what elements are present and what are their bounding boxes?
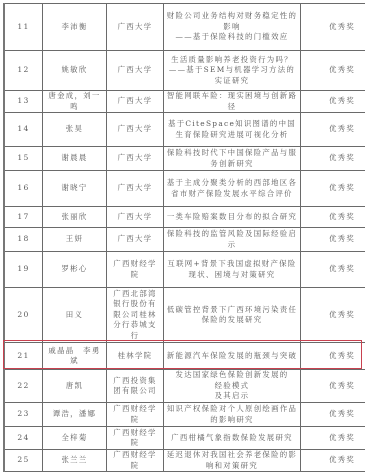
paper-title: 智能网联车险：现实困境与创新路径 xyxy=(164,91,301,113)
organization: 桂林学院 xyxy=(107,343,164,370)
organization: 广西大学 xyxy=(107,113,164,147)
author-name: 谭浩，潘娜 xyxy=(43,403,107,427)
paper-title: 保险科技的监管风险及国际经验启示 xyxy=(164,228,301,252)
paper-title-line: 生活质量影响养老投资行为吗？——基于SEM与机器学习方法的实证研究 xyxy=(166,55,298,87)
organization: 广西大学 xyxy=(107,4,164,51)
table-row: 23谭浩，潘娜广西财经学院知识产权保险对个人原创绘画作品的影响研究优秀奖 xyxy=(4,403,365,427)
row-number: 12 xyxy=(4,51,43,91)
row-number: 23 xyxy=(4,403,43,427)
table-row: 13唐金成，刘一鸣广西大学智能网联车险：现实困境与创新路径优秀奖 xyxy=(4,91,365,113)
paper-title: 基于CiteSpace知识图谱的中国生育保险研究进展可视化分析 xyxy=(164,113,301,147)
organization: 广西大学 xyxy=(107,91,164,113)
paper-title-line: 延迟退休对我国社会养老保险的影响和对策研究 xyxy=(166,450,298,471)
paper-title: 互联网+背景下我国虚拟财产保险现状、困境与对策研究 xyxy=(164,252,301,288)
paper-title-line: 经验模式 xyxy=(166,381,298,392)
paper-title-line: 财险公司业务结构对财务稳定性的影响 xyxy=(166,11,298,32)
award-level: 优秀奖 xyxy=(301,4,365,51)
paper-title-line: 低碳管控背景下广西环境污染责任保险的发展研究 xyxy=(166,305,298,326)
organization: 广西财经学院 xyxy=(107,403,164,427)
author-name: 谢晨晨 xyxy=(43,147,107,171)
row-number: 18 xyxy=(4,228,43,252)
paper-title: 广西柑橘气象指数保险发展研究 xyxy=(164,427,301,450)
paper-title: 一类车险赔案数目分布的拟合研究 xyxy=(164,207,301,228)
paper-title-line: ——基于保险科技的门槛效应 xyxy=(166,32,298,43)
paper-title-line: 新能源汽车保险发展的瓶颈与突破 xyxy=(166,351,298,362)
paper-title: 发达国家绿色保险创新发展的经验模式及其启示 xyxy=(164,370,301,403)
table-row: 24全梓菊广西财经学院广西柑橘气象指数保险发展研究优秀奖 xyxy=(4,427,365,450)
organization: 广西财经学院 xyxy=(107,450,164,472)
paper-title: 低碳管控背景下广西环境污染责任保险的发展研究 xyxy=(164,288,301,343)
paper-title: 生活质量影响养老投资行为吗？——基于SEM与机器学习方法的实证研究 xyxy=(164,51,301,91)
organization: 广西北部湾银行股份有限公司桂林分行恭城支行 xyxy=(107,288,164,343)
row-number: 25 xyxy=(4,450,43,472)
row-number: 20 xyxy=(4,288,43,343)
author-name: 田义 xyxy=(43,288,107,343)
author-name: 唐金成，刘一鸣 xyxy=(43,91,107,113)
organization: 广西大学 xyxy=(107,228,164,252)
awards-table-body: 11李沛衡广西大学财险公司业务结构对财务稳定性的影响——基于保险科技的门槛效应优… xyxy=(4,4,365,472)
row-number: 15 xyxy=(4,147,43,171)
organization: 广西大学 xyxy=(107,147,164,171)
row-number: 14 xyxy=(4,113,43,147)
row-number: 22 xyxy=(4,370,43,403)
table-row: 16谢晓宁广西大学基于主成分聚类分析的西部地区各省市财产保险发展水平综合评价优秀… xyxy=(4,171,365,207)
table-row: 11李沛衡广西大学财险公司业务结构对财务稳定性的影响——基于保险科技的门槛效应优… xyxy=(4,4,365,51)
award-level: 优秀奖 xyxy=(301,343,365,370)
paper-title-line: 互联网+背景下我国虚拟财产保险现状、困境与对策研究 xyxy=(166,259,298,280)
author-name: 罗彬心 xyxy=(43,252,107,288)
author-name: 李沛衡 xyxy=(43,4,107,51)
organization: 广西财经学院 xyxy=(107,252,164,288)
row-number: 21 xyxy=(4,343,43,370)
table-row-highlighted: 21戚晶晶 李勇斌桂林学院新能源汽车保险发展的瓶颈与突破优秀奖 xyxy=(4,343,365,370)
paper-title: 新能源汽车保险发展的瓶颈与突破 xyxy=(164,343,301,370)
table-row: 22唐凯广西投资集团有限公司发达国家绿色保险创新发展的经验模式及其启示优秀奖 xyxy=(4,370,365,403)
organization: 广西大学 xyxy=(107,51,164,91)
author-name: 姚敏欣 xyxy=(43,51,107,91)
award-level: 优秀奖 xyxy=(301,288,365,343)
paper-title-line: 发达国家绿色保险创新发展的 xyxy=(166,370,298,381)
paper-title-line: 广西柑橘气象指数保险发展研究 xyxy=(166,433,298,444)
award-level: 优秀奖 xyxy=(301,207,365,228)
row-number: 11 xyxy=(4,4,43,51)
paper-title-line: 一类车险赔案数目分布的拟合研究 xyxy=(166,212,298,223)
paper-title: 延迟退休对我国社会养老保险的影响和对策研究 xyxy=(164,450,301,472)
table-row: 18王妍广西大学保险科技的监管风险及国际经验启示优秀奖 xyxy=(4,228,365,252)
row-number: 13 xyxy=(4,91,43,113)
organization: 广西大学 xyxy=(107,207,164,228)
awards-table: 11李沛衡广西大学财险公司业务结构对财务稳定性的影响——基于保险科技的门槛效应优… xyxy=(3,3,365,472)
award-level: 优秀奖 xyxy=(301,147,365,171)
author-name: 全梓菊 xyxy=(43,427,107,450)
award-level: 优秀奖 xyxy=(301,228,365,252)
organization: 广西大学 xyxy=(107,171,164,207)
paper-title: 知识产权保险对个人原创绘画作品的影响研究 xyxy=(164,403,301,427)
row-number: 19 xyxy=(4,252,43,288)
author-name: 王妍 xyxy=(43,228,107,252)
paper-title-line: 保险科技的监管风险及国际经验启示 xyxy=(166,229,298,250)
author-name: 张丽欣 xyxy=(43,207,107,228)
table-row: 14张昊广西大学基于CiteSpace知识图谱的中国生育保险研究进展可视化分析优… xyxy=(4,113,365,147)
award-level: 优秀奖 xyxy=(301,171,365,207)
award-level: 优秀奖 xyxy=(301,450,365,472)
table-row: 12姚敏欣广西大学生活质量影响养老投资行为吗？——基于SEM与机器学习方法的实证… xyxy=(4,51,365,91)
row-number: 17 xyxy=(4,207,43,228)
paper-title-line: 基于CiteSpace知识图谱的中国生育保险研究进展可视化分析 xyxy=(166,119,298,140)
award-level: 优秀奖 xyxy=(301,91,365,113)
table-row: 19罗彬心广西财经学院互联网+背景下我国虚拟财产保险现状、困境与对策研究优秀奖 xyxy=(4,252,365,288)
paper-title-line: 保险科技时代下中国保险产品与服务创新研究 xyxy=(166,148,298,169)
paper-title: 基于主成分聚类分析的西部地区各省市财产保险发展水平综合评价 xyxy=(164,171,301,207)
award-level: 优秀奖 xyxy=(301,370,365,403)
author-name: 戚晶晶 李勇斌 xyxy=(43,343,107,370)
table-row: 15谢晨晨广西大学保险科技时代下中国保险产品与服务创新研究优秀奖 xyxy=(4,147,365,171)
organization: 广西财经学院 xyxy=(107,427,164,450)
award-level: 优秀奖 xyxy=(301,403,365,427)
table-row: 25张兰兰广西财经学院延迟退休对我国社会养老保险的影响和对策研究优秀奖 xyxy=(4,450,365,472)
table-row: 20田义广西北部湾银行股份有限公司桂林分行恭城支行低碳管控背景下广西环境污染责任… xyxy=(4,288,365,343)
award-level: 优秀奖 xyxy=(301,252,365,288)
author-name: 谢晓宁 xyxy=(43,171,107,207)
row-number: 16 xyxy=(4,171,43,207)
author-name: 张兰兰 xyxy=(43,450,107,472)
table-row: 17张丽欣广西大学一类车险赔案数目分布的拟合研究优秀奖 xyxy=(4,207,365,228)
paper-title-line: 智能网联车险：现实困境与创新路径 xyxy=(166,91,298,112)
award-level: 优秀奖 xyxy=(301,113,365,147)
row-number: 24 xyxy=(4,427,43,450)
organization: 广西投资集团有限公司 xyxy=(107,370,164,403)
award-level: 优秀奖 xyxy=(301,51,365,91)
award-level: 优秀奖 xyxy=(301,427,365,450)
author-name: 唐凯 xyxy=(43,370,107,403)
paper-title-line: 及其启示 xyxy=(166,391,298,402)
author-name: 张昊 xyxy=(43,113,107,147)
paper-title: 保险科技时代下中国保险产品与服务创新研究 xyxy=(164,147,301,171)
paper-title-line: 知识产权保险对个人原创绘画作品的影响研究 xyxy=(166,404,298,425)
paper-title: 财险公司业务结构对财务稳定性的影响——基于保险科技的门槛效应 xyxy=(164,4,301,51)
paper-title-line: 基于主成分聚类分析的西部地区各省市财产保险发展水平综合评价 xyxy=(166,178,298,199)
